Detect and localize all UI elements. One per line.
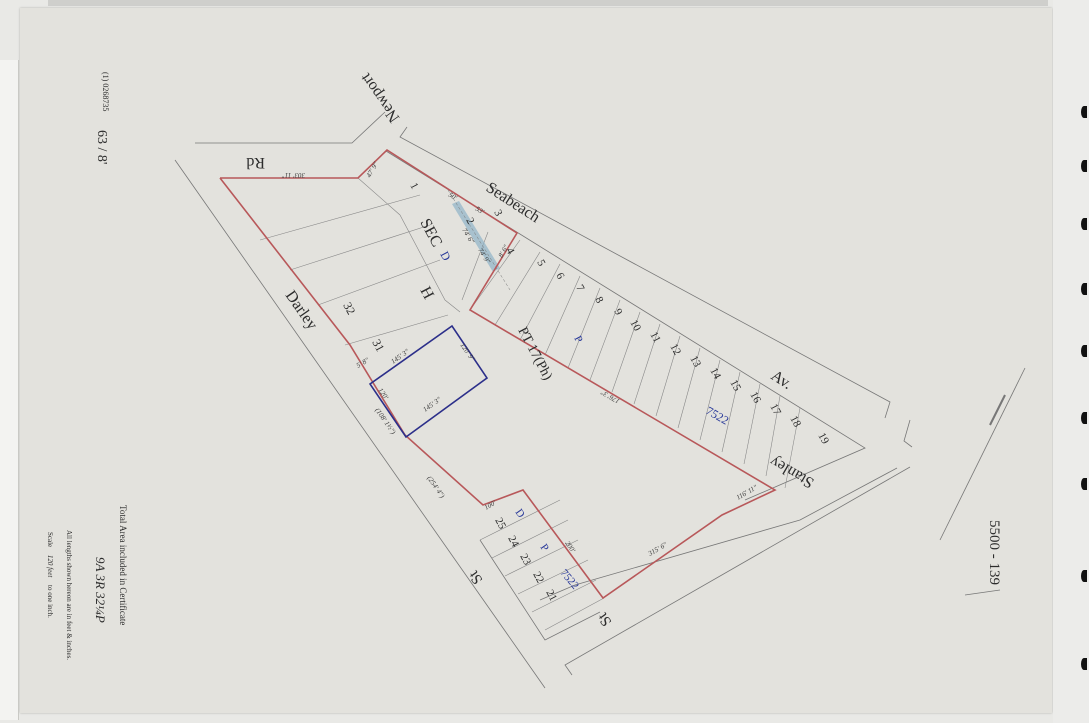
svg-text:176' 3": 176' 3" — [599, 388, 621, 405]
svg-text:47' 9": 47' 9" — [365, 160, 380, 179]
svg-text:3: 3 — [491, 208, 504, 219]
street-label-darley: Darley — [282, 288, 321, 333]
svg-text:All lengths shown hereon are i: All lengths shown hereon are in feet & i… — [65, 530, 73, 660]
svg-text:(108' 1½"): (108' 1½") — [373, 407, 397, 437]
svg-text:120': 120' — [376, 387, 390, 402]
svg-text:24: 24 — [505, 534, 521, 550]
svg-text:1: 1 — [407, 181, 420, 191]
section-label-h: H — [416, 284, 437, 303]
svg-text:18: 18 — [787, 414, 803, 430]
street-label-st-left: St — [466, 567, 487, 587]
reference-number-top-left: (1) 0268735 — [101, 72, 110, 111]
svg-text:303' 11": 303' 11" — [282, 171, 306, 179]
street-lines — [175, 112, 1025, 688]
street-label-seabeach: Seabeach — [483, 179, 543, 226]
scale-note: Scale 120 feet to one inch. — [46, 532, 54, 618]
svg-text:31: 31 — [369, 337, 387, 354]
svg-text:16: 16 — [747, 390, 763, 406]
signature-mark: 63 / 8' — [94, 130, 109, 164]
svg-text:7: 7 — [573, 283, 586, 294]
street-label-av: Av. — [768, 367, 795, 393]
reference-number-right: 5500 - 139 — [986, 520, 1002, 585]
svg-text:19: 19 — [815, 431, 831, 447]
lot-numbers-top: 1 2 3 4 5 6 7 8 9 10 11 12 13 14 15 16 1… — [407, 181, 831, 447]
svg-text:32: 32 — [340, 300, 358, 317]
dp-label-bottom: 7522 — [558, 567, 581, 592]
d-label-bottom: D — [513, 507, 527, 520]
total-area-value: 9A 3R 32¼P — [93, 557, 108, 623]
p-label-bottom: P — [538, 542, 551, 554]
street-label-rd: Rd — [246, 154, 265, 171]
svg-text:Scale 120 feet to: Scale 120 feet to one inch. — [46, 532, 54, 618]
dp-label-top: 7522 — [704, 403, 732, 427]
svg-text:9: 9 — [611, 307, 624, 318]
svg-text:14: 14 — [707, 366, 723, 382]
svg-text:(254' 4"): (254' 4") — [425, 475, 446, 500]
svg-text:17: 17 — [767, 402, 783, 418]
survey-plan: Newport Rd Seabeach Av. Darley St Stanle… — [0, 0, 1089, 723]
total-area-label: Total Area included in Certificate — [118, 505, 128, 625]
svg-text:25: 25 — [492, 516, 508, 532]
section-label-d: D — [437, 249, 454, 264]
svg-text:120' 9": 120' 9" — [458, 342, 476, 363]
svg-text:5: 5 — [534, 258, 547, 269]
svg-text:8: 8 — [592, 295, 605, 306]
svg-text:21: 21 — [543, 588, 559, 603]
svg-text:145' 3": 145' 3" — [422, 395, 443, 413]
svg-text:15: 15 — [727, 378, 743, 394]
svg-text:23: 23 — [517, 552, 533, 568]
parcel-label-pt17: PT 17(Ph) — [514, 325, 554, 383]
svg-text:13: 13 — [687, 354, 703, 370]
svg-text:11: 11 — [647, 330, 663, 345]
street-label-st-right: St — [595, 609, 616, 629]
lot-numbers-left: 32 31 — [340, 300, 387, 354]
dimension-labels: 303' 11" 47' 9" 50' 53' 74' 6" 74' 9" 8'… — [282, 160, 759, 558]
svg-text:22: 22 — [530, 570, 546, 585]
svg-text:12: 12 — [667, 342, 683, 357]
svg-text:50': 50' — [447, 191, 459, 202]
section-label-sec: SEC — [416, 216, 445, 250]
lengths-note: All lengths shown hereon are in feet & i… — [65, 530, 73, 660]
svg-text:10: 10 — [627, 318, 643, 334]
